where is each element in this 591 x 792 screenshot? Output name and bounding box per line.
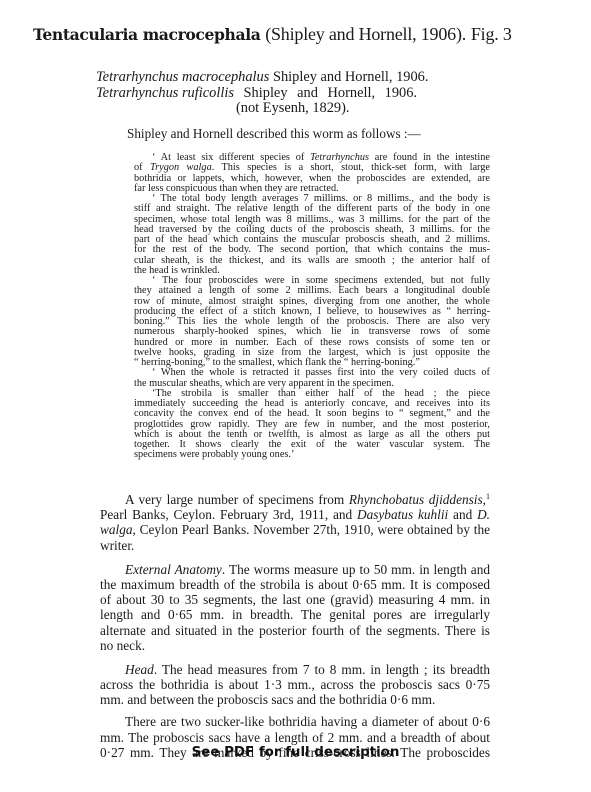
paragraph-line: Pearl Banks, Ceylon. February 3rd, 1911,… [100,507,490,522]
paragraph-line: alternate and situated in the posterior … [100,623,490,638]
quote-line: ‘ When the whole is retracted it passes … [134,368,490,378]
paragraph-line: the maximum breadth of the strobila is a… [100,577,490,592]
paragraph-line: writer. [100,538,490,553]
paragraph-line: length and 0·65 mm. in breadth. The geni… [100,607,490,622]
paragraph-line: across the bothridia is about 1·3 mm., a… [100,677,490,692]
paragraph-line: mm. and between the proboscis sacs and t… [100,692,490,707]
quote-line: concavity the convex end of the head. It… [134,409,490,419]
paragraph-line: There are two sucker-like bothridia havi… [100,714,490,729]
synonym-note: (not Eysenh, 1829). [236,100,350,117]
main-description: A very large number of specimens from Rh… [100,492,490,760]
paragraph: Head. The head measures from 7 to 8 mm. … [100,662,490,708]
species-name: Tentacularia macrocephala [33,25,260,44]
paragraph-line: External Anatomy. The worms measure up t… [100,562,490,577]
synonym-name: Tetrarhynchus macrocephalus [96,69,269,85]
page-heading: Tentacularia macrocephala (Shipley and H… [33,24,512,45]
figure-reference: Fig. 3 [471,24,512,44]
paragraph-line: of about 30 to 35 segments, the last one… [100,592,490,607]
paragraph: A very large number of specimens from Rh… [100,492,490,553]
quote-line: they attained a length of some 2 millims… [134,286,490,296]
quote-line: stiff and straight. The relative length … [134,204,490,214]
synonym-line: Tetrarhynchus macrocephalus Shipley and … [96,69,428,86]
synonym-authority: Shipley and Hornell, 1906. [244,85,417,101]
paragraph-line: no neck. [100,638,490,653]
see-pdf-link[interactable]: See PDF for full description [0,745,591,760]
quote-intro: Shipley and Hornell described this worm … [127,126,421,142]
paragraph-line: walga, Ceylon Pearl Banks. November 27th… [100,522,490,537]
quote-line: numerous sharply-hooked spines, which li… [134,327,490,337]
quote-line: specimens were probably young ones.’ [134,450,490,460]
synonym-name: Tetrarhynchus ruficollis [96,85,234,101]
quoted-description: ‘ At least six different species of Tetr… [134,153,490,461]
paragraph-line: mm. The proboscis sacs have a length of … [100,730,490,745]
quote-line: of Trygon walga. This species is a short… [134,163,490,173]
quote-line: for the rest of the body. The second por… [134,245,490,255]
paragraph-line: Head. The head measures from 7 to 8 mm. … [100,662,490,677]
paragraph-line: A very large number of specimens from Rh… [100,492,490,507]
synonym-authority: (not Eysenh, 1829). [236,100,350,116]
paragraph: External Anatomy. The worms measure up t… [100,562,490,653]
synonym-authority: Shipley and Hornell, 1906. [273,69,428,85]
species-authority: (Shipley and Hornell, 1906). [265,24,466,44]
